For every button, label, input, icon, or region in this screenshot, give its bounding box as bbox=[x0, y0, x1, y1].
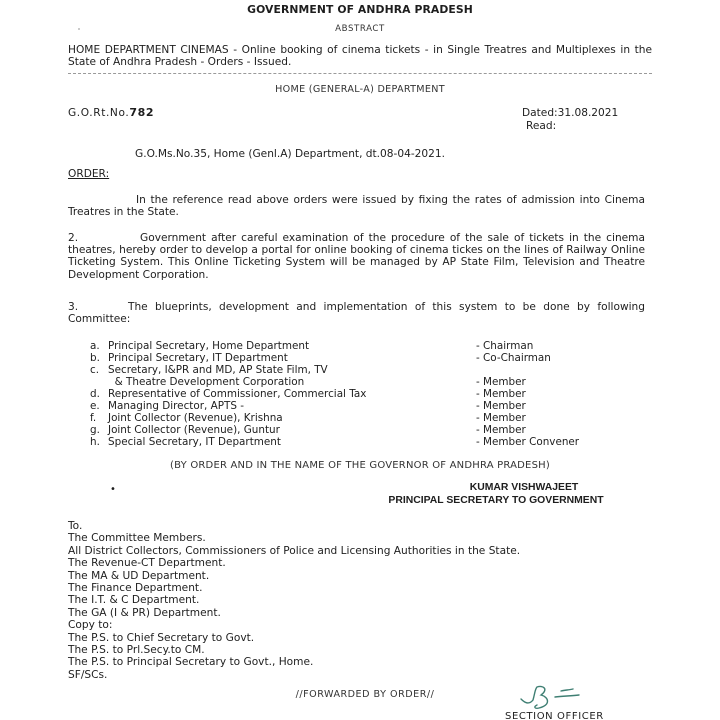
committee-role: - Member Convener bbox=[476, 436, 579, 448]
committee-letter: g. bbox=[90, 424, 108, 436]
committee-role: - Member bbox=[476, 376, 526, 388]
paragraph-text: The blueprints, development and implemen… bbox=[68, 301, 645, 325]
government-title: GOVERNMENT OF ANDHRA PRADESH bbox=[0, 4, 720, 17]
forwarded-by-order: //FORWARDED BY ORDER// bbox=[0, 689, 720, 700]
committee-member: Secretary, I&PR and MD, AP State Film, T… bbox=[108, 364, 328, 376]
committee-row: h.Special Secretary, IT Department- Memb… bbox=[90, 436, 630, 448]
recipient-line: The MA & UD Department. bbox=[68, 570, 520, 582]
signatory-block: KUMAR VISHWAJEET PRINCIPAL SECRETARY TO … bbox=[355, 482, 637, 507]
distribution-list: To.The Committee Members.All District Co… bbox=[68, 520, 520, 681]
signatory-name: KUMAR VISHWAJEET bbox=[355, 482, 637, 495]
recipient-line: The Finance Department. bbox=[68, 582, 520, 594]
go-number-value: 782 bbox=[129, 106, 154, 119]
read-label: Read: bbox=[526, 120, 556, 133]
committee-row: & Theatre Development Corporation- Membe… bbox=[90, 376, 630, 388]
dated: Dated:31.08.2021 bbox=[522, 107, 618, 120]
committee-row: b.Principal Secretary, IT Department- Co… bbox=[90, 352, 630, 364]
committee-role: - Co-Chairman bbox=[476, 352, 551, 364]
committee-row: e.Managing Director, APTS -- Member bbox=[90, 400, 630, 412]
committee-row: c.Secretary, I&PR and MD, AP State Film,… bbox=[90, 364, 630, 376]
reference-go: G.O.Ms.No.35, Home (Genl.A) Department, … bbox=[135, 148, 445, 161]
signature-mark bbox=[515, 683, 595, 713]
dashed-divider bbox=[68, 73, 652, 74]
committee-role: - Member bbox=[476, 388, 526, 400]
recipient-line: The Committee Members. bbox=[68, 532, 520, 544]
committee-member: Managing Director, APTS - bbox=[108, 400, 244, 412]
committee-member: & Theatre Development Corporation bbox=[108, 376, 304, 388]
to-label: To. bbox=[68, 520, 520, 532]
committee-row: a.Principal Secretary, Home Department- … bbox=[90, 340, 630, 352]
recipient-line: All District Collectors, Commissioners o… bbox=[68, 545, 520, 557]
committee-member: Principal Secretary, Home Department bbox=[108, 340, 309, 352]
committee-role: - Member bbox=[476, 412, 526, 424]
committee-row: f.Joint Collector (Revenue), Krishna- Me… bbox=[90, 412, 630, 424]
copy-recipient-line: The P.S. to Prl.Secy.to CM. bbox=[68, 644, 520, 656]
order-heading: ORDER: bbox=[68, 168, 109, 181]
committee-letter: e. bbox=[90, 400, 108, 412]
copy-recipient-line: The P.S. to Chief Secretary to Govt. bbox=[68, 632, 520, 644]
go-number: G.O.Rt.No.782 bbox=[68, 107, 154, 120]
paragraph-number: 3. bbox=[68, 301, 128, 313]
paragraph-1: In the reference read above orders were … bbox=[68, 194, 645, 218]
recipient-line: The I.T. & C Department. bbox=[68, 594, 520, 606]
copy-recipient-line: The P.S. to Principal Secretary to Govt.… bbox=[68, 656, 520, 668]
committee-role: - Chairman bbox=[476, 340, 533, 352]
recipient-line: The Revenue-CT Department. bbox=[68, 557, 520, 569]
section-officer-label: SECTION OFFICER bbox=[505, 711, 604, 720]
committee-role: - Member bbox=[476, 400, 526, 412]
department-heading: HOME (GENERAL-A) DEPARTMENT bbox=[0, 84, 720, 95]
paragraph-2: 2.Government after careful examination o… bbox=[68, 232, 645, 281]
committee-member: Special Secretary, IT Department bbox=[108, 436, 281, 448]
copy-to-label: Copy to: bbox=[68, 619, 520, 631]
committee-letter: b. bbox=[90, 352, 108, 364]
government-order-document: GOVERNMENT OF ANDHRA PRADESH ABSTRACT HO… bbox=[0, 0, 720, 720]
committee-member: Joint Collector (Revenue), Krishna bbox=[108, 412, 283, 424]
committee-letter: a. bbox=[90, 340, 108, 352]
committee-letter: h. bbox=[90, 436, 108, 448]
committee-letter: c. bbox=[90, 364, 108, 376]
bullet-dot: • bbox=[110, 484, 116, 496]
committee-letter: d. bbox=[90, 388, 108, 400]
by-order-line: (BY ORDER AND IN THE NAME OF THE GOVERNO… bbox=[0, 460, 720, 472]
copy-recipient-line: SF/SCs. bbox=[68, 669, 520, 681]
committee-member: Representative of Commissioner, Commerci… bbox=[108, 388, 366, 400]
paragraph-text: Government after careful examination of … bbox=[68, 232, 645, 281]
abstract-label: ABSTRACT bbox=[0, 24, 720, 34]
committee-role: - Member bbox=[476, 424, 526, 436]
paragraph-number: 2. bbox=[68, 232, 140, 244]
committee-row: d.Representative of Commissioner, Commer… bbox=[90, 388, 630, 400]
recipient-line: The GA (I & PR) Department. bbox=[68, 607, 520, 619]
signatory-title: PRINCIPAL SECRETARY TO GOVERNMENT bbox=[355, 495, 637, 508]
committee-list: a.Principal Secretary, Home Department- … bbox=[90, 340, 630, 448]
paragraph-3: 3.The blueprints, development and implem… bbox=[68, 301, 645, 325]
go-label: G.O.Rt.No. bbox=[68, 107, 129, 119]
committee-member: Principal Secretary, IT Department bbox=[108, 352, 288, 364]
committee-letter: f. bbox=[90, 412, 108, 424]
committee-row: g.Joint Collector (Revenue), Guntur- Mem… bbox=[90, 424, 630, 436]
committee-member: Joint Collector (Revenue), Guntur bbox=[108, 424, 280, 436]
subject-line: HOME DEPARTMENT CINEMAS - Online booking… bbox=[68, 44, 652, 68]
